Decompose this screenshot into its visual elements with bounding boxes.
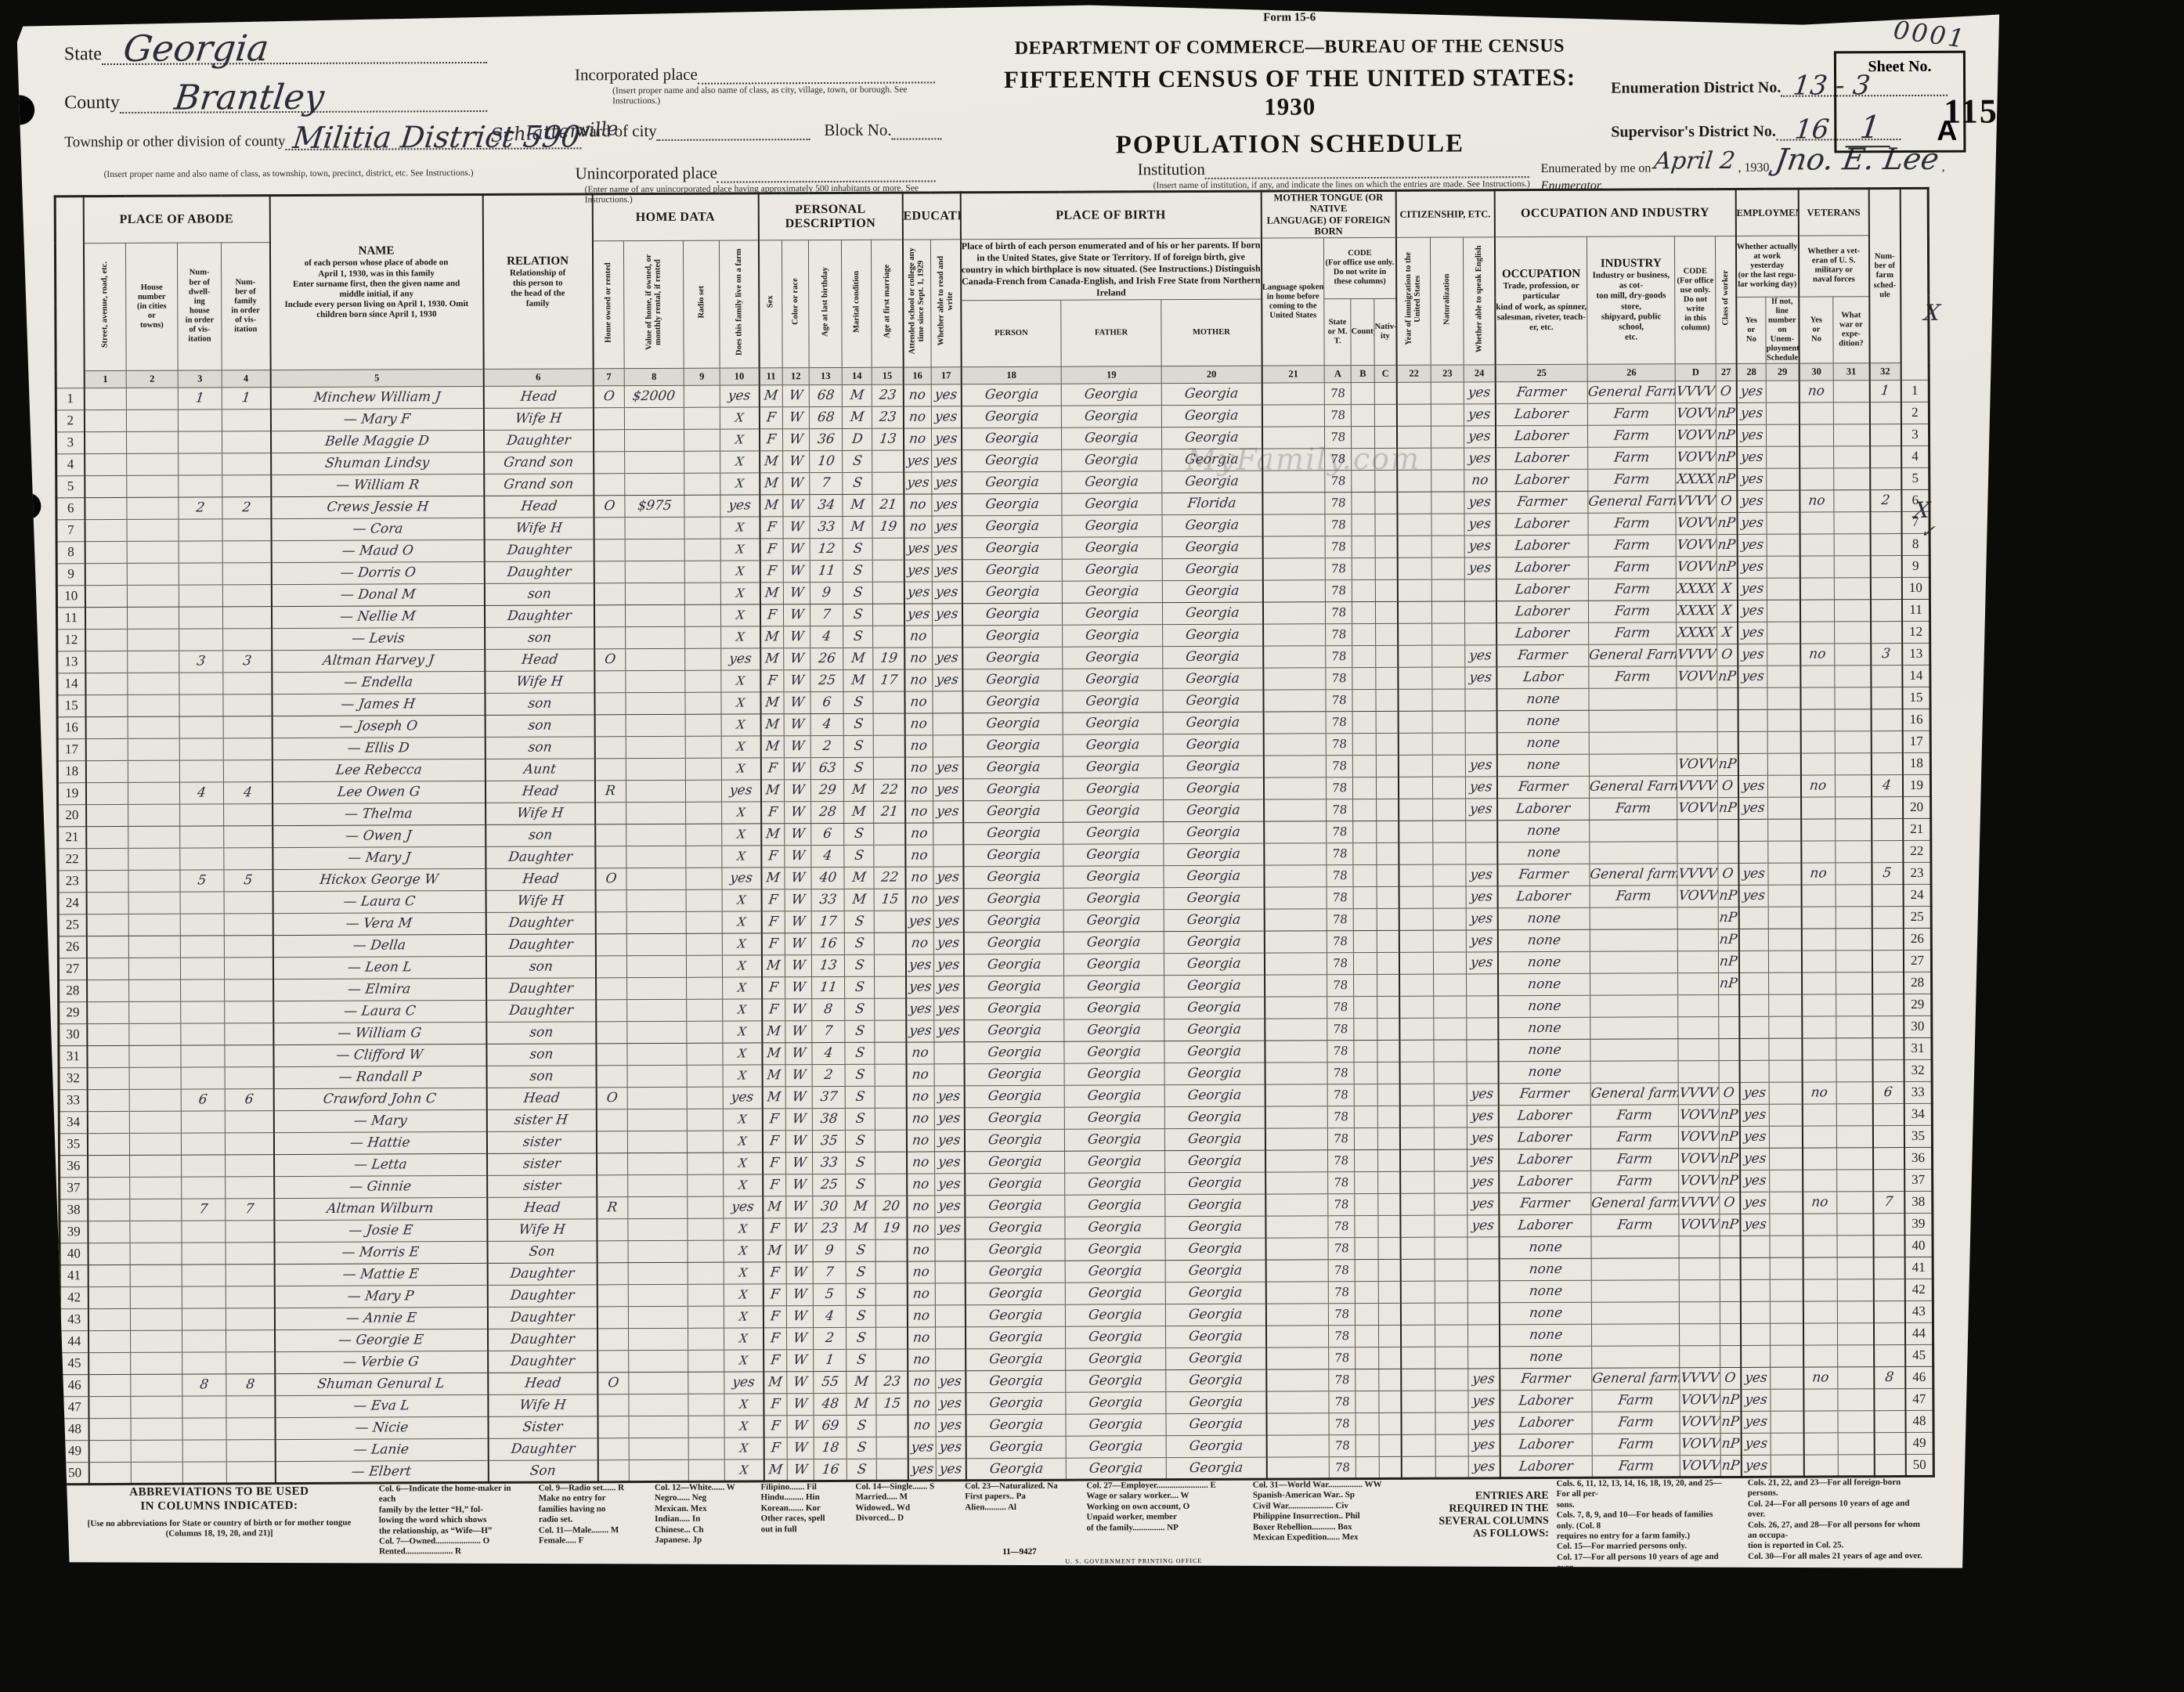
- cell-sch: yes: [904, 472, 932, 494]
- cell-ind: Farm: [1591, 1214, 1679, 1236]
- cell-ind: [1592, 1346, 1680, 1368]
- cell-wk: yes: [1737, 424, 1767, 446]
- cell-am: 21: [872, 494, 904, 516]
- cell-bpp: Georgia: [965, 1261, 1065, 1283]
- cell-fs: [1873, 1235, 1904, 1257]
- cell-val: [628, 1306, 688, 1328]
- cell-vet: [1803, 1279, 1837, 1301]
- cell-am: [875, 954, 906, 976]
- cell-ind: Farm: [1588, 535, 1676, 557]
- cell-imm: [1401, 1369, 1435, 1391]
- cell-lang: [1262, 514, 1325, 536]
- cell-ca: 78: [1325, 449, 1352, 471]
- cell-cw: [1717, 687, 1738, 709]
- cell-hn: [128, 804, 180, 826]
- line-number: 41: [60, 1265, 88, 1287]
- cell-fm: [223, 673, 272, 694]
- cell-ul: [1767, 578, 1800, 600]
- cell-bpp: Georgia: [964, 1041, 1064, 1064]
- cell-bpm: Georgia: [1165, 1238, 1265, 1261]
- entries-required-section: Cols. 21, 22, and 23—For all foreign-bor…: [1740, 1477, 1932, 1562]
- cell-ms: S: [843, 713, 873, 735]
- cell-st: [86, 826, 128, 848]
- line-number: 3: [56, 432, 85, 454]
- cell-nm: Belle Maggie D: [271, 430, 484, 453]
- cell-cc: [1375, 579, 1397, 601]
- cell-ind: Farm: [1590, 1105, 1678, 1127]
- cell-ul: [1767, 709, 1800, 731]
- cell-bpp: Georgia: [962, 428, 1062, 450]
- cell-rw: yes: [936, 1371, 966, 1393]
- cell-dw: [180, 958, 224, 979]
- cell-vet: [1800, 687, 1835, 709]
- cell-imm: [1401, 1303, 1435, 1325]
- cell-frm: X: [723, 1109, 762, 1131]
- cell-own: O: [593, 386, 624, 408]
- line-number: 24: [1903, 884, 1931, 906]
- cell-dw: [179, 585, 222, 607]
- cell-dw: [182, 1308, 226, 1330]
- cell-eng: yes: [1468, 1412, 1500, 1434]
- cell-ul: [1771, 1323, 1803, 1345]
- cell-cd: [1678, 1061, 1719, 1083]
- cell-ul: [1769, 1016, 1802, 1038]
- cell-age: 38: [812, 1108, 845, 1130]
- cell-nm: — Lanie: [275, 1438, 488, 1461]
- enum-district-label: Enumeration District No.: [1611, 79, 1781, 98]
- cell-vet: [1802, 1104, 1836, 1126]
- line-number: 4: [56, 454, 85, 476]
- cell-eng: yes: [1466, 930, 1497, 952]
- cell-wk: [1739, 972, 1769, 994]
- cell-fs: [1872, 1037, 1904, 1059]
- cell-frm: X: [723, 1131, 762, 1153]
- cell-bpf: Georgia: [1066, 1392, 1166, 1415]
- state-label: State: [64, 44, 102, 65]
- cell-wk: yes: [1738, 600, 1767, 622]
- cell-fm: [226, 1440, 275, 1462]
- cell-vet: [1802, 972, 1836, 994]
- cell-fs: [1870, 402, 1901, 424]
- cell-am: [875, 1086, 906, 1108]
- cell-fs: [1872, 818, 1903, 840]
- line-number: 7: [1901, 511, 1930, 533]
- cell-sx: F: [763, 1284, 786, 1306]
- cell-ind: General farm: [1590, 1083, 1678, 1105]
- cell-bpm: Georgia: [1166, 1413, 1266, 1436]
- cell-ul: [1771, 1389, 1803, 1411]
- col-worked-yesterday: Yes or No: [1736, 297, 1766, 364]
- cell-imm: [1401, 1325, 1435, 1347]
- cell-wk: yes: [1739, 1082, 1769, 1104]
- cell-ind: [1592, 1324, 1680, 1346]
- cell-own: [594, 759, 626, 781]
- cell-eng: yes: [1466, 886, 1497, 908]
- cell-cd: VOVV: [1677, 886, 1718, 907]
- cell-sch: yes: [905, 911, 933, 933]
- cell-st: [88, 1330, 131, 1352]
- cell-rel: Sister: [488, 1416, 597, 1439]
- cell-sch: no: [906, 1086, 934, 1108]
- cell-am: [873, 626, 904, 648]
- cell-val: [626, 846, 686, 868]
- cell-lang: [1263, 712, 1326, 734]
- cell-dw: [182, 1177, 226, 1199]
- line-number: 28: [59, 980, 87, 1002]
- cell-cc: [1378, 1149, 1400, 1171]
- cell-st: [88, 1177, 130, 1199]
- cell-cc: [1377, 996, 1399, 1018]
- unincorporated-field: Unincorporated place: [575, 157, 935, 183]
- cell-frm: yes: [724, 1196, 763, 1218]
- cell-own: [595, 956, 626, 978]
- cell-nm: — Joseph O: [272, 715, 485, 738]
- cell-occ: Labor: [1496, 666, 1589, 689]
- cell-war: [1838, 1367, 1874, 1389]
- cell-sx: M: [760, 692, 784, 714]
- line-number: 3: [1901, 424, 1930, 446]
- cell-ul: [1770, 1236, 1803, 1257]
- cell-dw: [182, 1286, 226, 1308]
- cell-vet: no: [1801, 863, 1836, 885]
- cell-frm: yes: [723, 1087, 762, 1109]
- cell-bpp: Georgia: [962, 537, 1062, 560]
- cell-cd: [1679, 1236, 1720, 1258]
- cell-ms: S: [847, 1459, 876, 1481]
- cell-bpp: Georgia: [963, 910, 1063, 933]
- cell-cw: nP: [1717, 512, 1737, 534]
- cell-own: [597, 1394, 629, 1416]
- cell-fm: [225, 1067, 273, 1089]
- cell-sx: M: [763, 1240, 786, 1262]
- cell-hn: [126, 388, 178, 409]
- cell-own: [595, 846, 626, 868]
- county-line: Brantley: [120, 87, 487, 114]
- cell-bpp: Georgia: [964, 1063, 1064, 1086]
- cell-sx: F: [760, 670, 784, 692]
- cell-frm: X: [721, 714, 760, 736]
- cell-rw: yes: [933, 933, 963, 954]
- cell-dw: [182, 1330, 226, 1352]
- cell-cc: [1377, 864, 1399, 886]
- cell-ind: Farm: [1589, 601, 1677, 622]
- cell-lang: [1262, 427, 1325, 449]
- line-number: 11: [56, 608, 85, 630]
- cell-fs: [1873, 1147, 1904, 1169]
- cell-rel: Daughter: [487, 1263, 597, 1286]
- cell-bpm: Georgia: [1164, 887, 1264, 910]
- cell-fm: [223, 716, 272, 738]
- cell-ind: Farm: [1592, 1412, 1680, 1434]
- cell-ul: [1768, 841, 1801, 863]
- line-number: 40: [60, 1243, 88, 1265]
- column-number: 10: [720, 368, 759, 385]
- col-occupation-code: CODE (For office use only. Do not write …: [1675, 236, 1717, 364]
- cell-rw: [934, 1042, 964, 1064]
- cell-imm: [1400, 1149, 1435, 1171]
- cell-own: [596, 1022, 627, 1044]
- cell-nm: Hickox George W: [273, 868, 486, 891]
- cell-cr: W: [785, 1043, 812, 1065]
- line-number: 45: [1905, 1344, 1933, 1366]
- cell-ca: 78: [1329, 1457, 1356, 1479]
- column-number: 25: [1495, 364, 1587, 382]
- cell-nat: [1435, 1171, 1467, 1193]
- cell-fm: [224, 826, 273, 848]
- cell-fs: [1871, 599, 1902, 621]
- cell-occ: none: [1500, 1324, 1592, 1347]
- cell-eng: yes: [1467, 1171, 1499, 1193]
- cell-bpf: Georgia: [1064, 954, 1164, 976]
- line-number: 26: [1904, 928, 1932, 950]
- cell-fs: 7: [1873, 1191, 1904, 1213]
- cell-cb: [1353, 777, 1377, 799]
- cell-cd: VOVV: [1679, 1127, 1720, 1149]
- veterans-description: Whether a vet- eran of U. S. military or…: [1799, 235, 1869, 296]
- cell-am: [876, 1437, 908, 1459]
- line-number: 41: [1904, 1257, 1933, 1279]
- cell-age: 68: [809, 384, 842, 406]
- cell-cb: [1351, 382, 1374, 404]
- cell-bpf: Georgia: [1063, 625, 1163, 648]
- cell-fs: [1872, 928, 1904, 950]
- cell-cd: VOVV: [1680, 1455, 1720, 1477]
- column-number: 12: [782, 368, 809, 385]
- cell-ms: M: [847, 1371, 876, 1393]
- cell-dw: [180, 936, 224, 958]
- cell-ul: [1767, 622, 1800, 644]
- cell-rad: [685, 604, 721, 626]
- cell-hn: [128, 914, 180, 936]
- cell-own: R: [594, 781, 626, 803]
- cell-nat: [1432, 733, 1465, 755]
- cell-wk: yes: [1741, 1411, 1771, 1433]
- cell-rw: yes: [933, 867, 963, 889]
- cell-am: [873, 735, 904, 757]
- cell-lang: [1264, 799, 1327, 821]
- cell-cw: nP: [1717, 424, 1737, 446]
- code-state: State or M. T.: [1324, 298, 1351, 366]
- cell-st: [86, 936, 128, 958]
- cell-nm: — Mary P: [274, 1285, 487, 1308]
- cell-wk: yes: [1736, 381, 1766, 402]
- cell-bpf: Georgia: [1066, 1436, 1166, 1459]
- cell-wk: yes: [1740, 1148, 1770, 1170]
- cell-dw: [179, 760, 223, 782]
- cell-nat: [1431, 492, 1464, 514]
- cell-cb: [1352, 536, 1375, 557]
- cell-ind: [1589, 732, 1677, 754]
- cell-cb: [1352, 601, 1376, 623]
- cell-age: 37: [812, 1086, 845, 1108]
- cell-ca: 78: [1325, 536, 1352, 558]
- cell-fs: [1871, 731, 1902, 752]
- group-citizenship: CITIZENSHIP, ETC.: [1395, 190, 1494, 237]
- cell-vet: [1802, 1060, 1836, 1082]
- cell-ms: M: [846, 1218, 875, 1239]
- column-number: 1: [84, 370, 126, 388]
- cell-rw: yes: [932, 516, 962, 538]
- cell-rw: [936, 1327, 966, 1349]
- cell-nm: — Mary F: [270, 408, 483, 431]
- cell-war: [1835, 600, 1871, 622]
- cell-ul: [1769, 951, 1802, 972]
- cell-occ: Laborer: [1496, 425, 1588, 448]
- cell-ca: 78: [1327, 865, 1353, 887]
- cell-st: [85, 673, 128, 694]
- cell-rw: yes: [932, 428, 962, 450]
- cell-age: 5: [813, 1283, 846, 1305]
- cell-ul: [1768, 929, 1801, 951]
- cell-ind: General Farm: [1589, 644, 1677, 666]
- line-number: 44: [1905, 1322, 1933, 1344]
- cell-rad: [684, 583, 720, 604]
- cell-rad: [686, 824, 722, 846]
- cell-imm: [1398, 667, 1432, 689]
- cell-cw: nP: [1717, 556, 1737, 578]
- cell-rel: Head: [483, 386, 593, 409]
- cell-ms: S: [845, 1086, 875, 1108]
- cell-st: [85, 585, 127, 607]
- cell-sx: F: [763, 1218, 786, 1240]
- column-number: 24: [1464, 365, 1495, 382]
- cell-cr: W: [785, 999, 812, 1021]
- cell-cd: [1678, 973, 1719, 995]
- cell-imm: [1400, 1127, 1435, 1149]
- cell-ms: M: [846, 1196, 875, 1218]
- cell-nm: — Annie E: [274, 1307, 487, 1329]
- cell-rad: [685, 648, 721, 670]
- line-number: 8: [56, 542, 85, 564]
- line-number: 14: [57, 673, 85, 695]
- cell-st: [87, 1133, 129, 1155]
- cell-bpm: Georgia: [1166, 1369, 1266, 1392]
- cell-rw: yes: [934, 1020, 964, 1042]
- cell-own: [595, 912, 626, 934]
- cell-cr: W: [782, 407, 809, 429]
- cell-own: [594, 671, 626, 693]
- cell-eng: [1467, 1040, 1498, 1062]
- cell-fm: [226, 1177, 274, 1199]
- cell-frm: X: [724, 1459, 763, 1481]
- group-mother-tongue: MOTHER TONGUE (OR NATIVE LANGUAGE) OF FO…: [1261, 190, 1395, 237]
- cell-ind: [1590, 929, 1677, 951]
- cell-cd: VVVV: [1677, 864, 1718, 886]
- cell-st: [88, 1418, 131, 1440]
- cell-st: [85, 760, 128, 782]
- cell-rad: [684, 561, 720, 583]
- cell-cc: [1378, 1281, 1400, 1303]
- cell-bpm: Georgia: [1162, 536, 1262, 559]
- col-birthplace-mother: MOTHER: [1161, 299, 1262, 366]
- cell-cr: W: [787, 1416, 814, 1438]
- cell-sx: F: [760, 517, 783, 539]
- cell-rad: [687, 977, 723, 999]
- cell-cb: [1355, 1215, 1378, 1237]
- county-value: Brantley: [172, 78, 327, 118]
- cell-eng: yes: [1466, 799, 1497, 821]
- cell-vet: [1800, 424, 1834, 446]
- cell-occ: none: [1499, 1236, 1591, 1259]
- cell-ca: 78: [1328, 1238, 1355, 1260]
- cell-occ: none: [1498, 1039, 1590, 1062]
- cell-own: [597, 1329, 629, 1351]
- cell-rw: yes: [932, 450, 962, 472]
- cell-occ: none: [1496, 732, 1589, 755]
- cell-hn: [128, 673, 179, 694]
- cell-am: 23: [876, 1371, 908, 1393]
- cell-ul: [1767, 468, 1800, 490]
- cell-imm: [1400, 1237, 1435, 1259]
- cell-cb: [1352, 470, 1375, 492]
- cell-imm: [1397, 426, 1431, 448]
- cell-cd: VVVV: [1678, 1083, 1719, 1105]
- cell-frm: X: [722, 911, 761, 933]
- cell-am: [874, 911, 905, 933]
- cell-fs: [1874, 1344, 1905, 1366]
- legend-section: Col. 31—World War................ WW Spa…: [1245, 1480, 1425, 1543]
- cell-cw: X: [1717, 622, 1738, 644]
- cell-dw: [182, 1462, 226, 1484]
- block-field: Block No.: [824, 114, 941, 140]
- cell-age: 16: [811, 933, 844, 954]
- cell-ms: S: [843, 472, 872, 494]
- cell-ind: Farm: [1588, 425, 1676, 447]
- cell-nat: [1434, 974, 1467, 996]
- cell-ms: S: [845, 1042, 875, 1064]
- cell-lang: [1264, 865, 1327, 887]
- cell-bpp: Georgia: [962, 559, 1062, 582]
- scanned-census-page: { "form": { "form_no": "Form 15-6", "dep…: [0, 0, 2184, 1692]
- cell-dw: [181, 1133, 225, 1155]
- cell-bpf: Georgia: [1066, 1348, 1166, 1371]
- cell-rad: [688, 1372, 724, 1394]
- cell-vet: no: [1799, 381, 1833, 402]
- cell-wk: [1738, 819, 1768, 841]
- cell-am: 19: [872, 516, 904, 538]
- cell-ca: 78: [1326, 602, 1352, 624]
- cell-fm: [225, 1001, 273, 1023]
- cell-rw: [933, 713, 962, 735]
- cell-bpp: Georgia: [963, 932, 1063, 954]
- cell-cb: [1354, 1084, 1377, 1106]
- cell-fm: [226, 1462, 275, 1484]
- cell-vet: [1800, 402, 1834, 424]
- cell-ca: 78: [1326, 624, 1352, 646]
- cell-rad: [685, 736, 721, 758]
- cell-frm: X: [720, 451, 760, 473]
- cell-rel: Son: [487, 1241, 597, 1264]
- cell-cc: [1377, 974, 1399, 996]
- cell-bpp: Georgia: [964, 1085, 1064, 1108]
- col-age-first-marriage: Age at first marriage: [872, 240, 904, 368]
- cell-imm: [1399, 1018, 1434, 1040]
- cell-cb: [1352, 755, 1376, 777]
- legend-section: Col. 27—Employer........................…: [1078, 1481, 1245, 1534]
- cell-bpp: Georgia: [966, 1392, 1066, 1415]
- cell-sch: no: [904, 648, 933, 669]
- cell-ind: [1589, 688, 1677, 710]
- cell-cb: [1356, 1303, 1379, 1325]
- cell-rad: [686, 889, 722, 911]
- cell-bpf: Georgia: [1064, 1019, 1164, 1042]
- cell-bpp: Georgia: [965, 1151, 1065, 1174]
- col-sex: Sex: [759, 240, 783, 368]
- cell-eng: [1467, 996, 1498, 1018]
- cell-bpm: Georgia: [1164, 953, 1265, 976]
- col-dwelling-number: Num- ber of dwell- ing house in order of…: [177, 242, 222, 370]
- cell-frm: X: [724, 1306, 763, 1328]
